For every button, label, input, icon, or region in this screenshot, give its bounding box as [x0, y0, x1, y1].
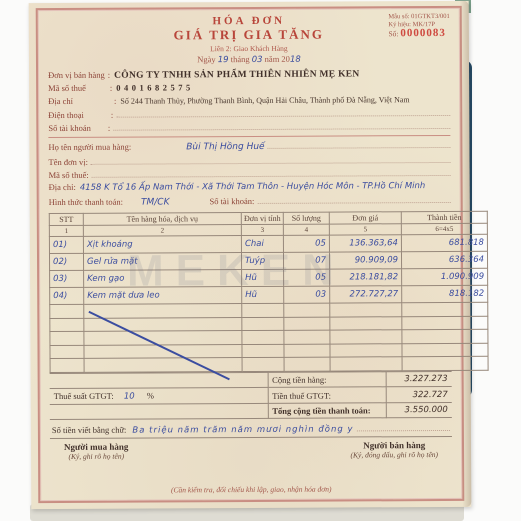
item-stt: 04) [50, 288, 84, 305]
item-price: 272.727,27 [330, 286, 402, 303]
date-line: Ngày 19 tháng 03 năm 2018 [48, 53, 450, 66]
seller-signature-title: Người bán hàng [350, 440, 438, 450]
date-day-handwritten: 19 [218, 55, 229, 65]
form-meta-block: Mẫu số: 01GTKT3/001 Ký hiệu: MK/17P Số: … [388, 13, 450, 38]
form-model-line: Mẫu số: 01GTKT3/001 [388, 13, 449, 21]
buyer-name-handwritten: Bùi Thị Hồng Huế [186, 141, 264, 154]
item-stt: 03) [50, 271, 84, 288]
invoice-content: Mẫu số: 01GTKT3/001 Ký hiệu: MK/17P Số: … [40, 10, 461, 499]
item-name: Xịt khoáng [83, 236, 241, 254]
vat-rate-label: Thuế suất GTGT: [54, 391, 114, 401]
empty-row [50, 357, 488, 373]
seller-signature-block: Người bán hàng (Ký, đóng dấu, ghi rõ họ … [350, 440, 438, 459]
items-table: STT Tên hàng hóa, dịch vụ Đơn vị tính Số… [49, 211, 489, 373]
buyer-account-label: Số tài khoản: [209, 195, 254, 208]
invoice-number-line: Số: 0000083 [388, 29, 449, 38]
item-price: 90.909,09 [329, 252, 401, 269]
col-number: 5 [329, 224, 401, 235]
footer-note: (Cần kiểm tra, đối chiếu khi lập, giao, … [50, 484, 452, 497]
col-number: 2 [83, 225, 241, 237]
col-header-stt: STT [49, 213, 83, 226]
payment-method-handwritten: TM/CK [141, 196, 170, 208]
vat-rate-cell: Thuế suất GTGT: 10 % [50, 388, 268, 405]
colon: : [114, 94, 116, 106]
decorative-border-frame: Mẫu số: 01GTKT3/001 Ký hiệu: MK/17P Số: … [36, 6, 465, 503]
col-header-amount: Thành tiền [401, 211, 487, 224]
grand-total-value: 3.550.000 [386, 402, 452, 418]
seller-account-label: Số tài khoản [48, 122, 91, 135]
item-unit: Chai [241, 236, 283, 253]
col-number: 3 [241, 225, 283, 236]
form-model-label: Mẫu số: [388, 13, 409, 20]
buyer-section: Họ tên người mua hàng: Bùi Thị Hồng Huế … [48, 135, 450, 209]
blank-line [257, 193, 450, 204]
form-model-value: 01GTKT3/001 [411, 13, 450, 20]
invoice-number-label: Số: [388, 29, 398, 38]
item-name: Gel rửa mặt [83, 253, 241, 271]
seller-tax-label: Mã số thuế [48, 82, 86, 94]
invoice-header: Mẫu số: 01GTKT3/001 Ký hiệu: MK/17P Số: … [48, 12, 450, 66]
totals-blank-cell [50, 372, 268, 389]
seller-signature-note: (Ký, đóng dấu, ghi rõ họ tên) [351, 450, 439, 459]
buyer-signature-title: Người mua hàng [64, 442, 128, 452]
seller-tax-value: 0401682575 [116, 82, 194, 95]
vat-label: Tiền thuế GTGT: [268, 387, 386, 403]
blank-line [91, 153, 451, 165]
signature-section: Người mua hàng (Ký, ghi rõ họ tên) Người… [50, 440, 452, 461]
subtotal-label: Cộng tiền hàng: [268, 372, 386, 388]
colon: : [111, 109, 113, 121]
item-qty: 07 [283, 253, 329, 270]
item-price: 218.181,82 [330, 269, 402, 286]
item-amount: 1.090.909 [402, 269, 488, 286]
seller-address-label: Địa chỉ [48, 95, 73, 107]
buyer-address-label: Địa chỉ: [49, 181, 76, 193]
seller-company-name: CÔNG TY TNHH SẢN PHẨM THIÊN NHIÊN MẸ KEN [114, 68, 360, 82]
subtotal-value: 3.227.273 [386, 371, 452, 387]
item-qty: 05 [284, 270, 330, 287]
buyer-signature-block: Người mua hàng (Ký, ghi rõ họ tên) [64, 442, 129, 461]
date-word-year: năm 20 [265, 54, 290, 64]
invoice-photo: Mẫu số: 01GTKT3/001 Ký hiệu: MK/17P Số: … [0, 0, 521, 521]
item-amount: 681.818 [401, 235, 487, 252]
seller-section: Đơn vị bán hàng : CÔNG TY TNHH SẢN PHẨM … [48, 67, 450, 135]
amount-in-words-row: Số tiền viết bằng chữ: Ba triệu năm trăm… [50, 418, 452, 439]
blank-line [356, 421, 449, 431]
buyer-payment-row: Hình thức thanh toán: TM/CK Số tài khoản… [49, 193, 451, 209]
buyer-tax-label: Mã số thuế: [49, 169, 89, 182]
blank-line [268, 138, 451, 149]
colon: : [108, 69, 110, 81]
blank-line [116, 106, 450, 118]
date-year-handwritten: 18 [290, 55, 301, 65]
colon: : [108, 122, 110, 134]
item-qty: 05 [283, 236, 329, 253]
totals-table: Cộng tiền hàng: 3.227.273 Thuế suất GTGT… [50, 371, 452, 421]
grand-total-label: Tổng cộng tiền thanh toán: [268, 403, 386, 419]
buyer-signature-note: (Ký, ghi rõ họ tên) [64, 452, 128, 461]
blank-line [92, 166, 451, 178]
col-header-unit: Đơn vị tính [241, 212, 283, 225]
buyer-name-label: Họ tên người mua hàng: [48, 141, 131, 154]
vat-value: 322.727 [386, 387, 452, 403]
invoice-number-value: 0000083 [400, 27, 446, 39]
amount-in-words-label: Số tiền viết bằng chữ: [52, 425, 127, 435]
col-number: 6=4x5 [401, 224, 487, 235]
grand-total-row: Tổng cộng tiền thanh toán: 3.550.000 [50, 402, 452, 420]
vat-rate-suffix: % [147, 391, 154, 401]
blank-line [113, 119, 450, 131]
item-qty: 03 [284, 287, 330, 304]
seller-phone-label: Điện thoại [48, 109, 84, 121]
date-word-day: Ngày [197, 54, 215, 64]
buyer-unit-label: Tên đơn vị: [48, 156, 88, 169]
totals-blank-cell [50, 403, 268, 420]
payment-method-label: Hình thức thanh toán: [49, 195, 123, 208]
item-name: Kem gạo [84, 270, 242, 288]
signature-blank-space [50, 459, 452, 486]
item-amount: 636.364 [401, 252, 487, 269]
col-header-qty: Số lượng [283, 212, 329, 225]
vat-rate-handwritten: 10 [124, 392, 135, 402]
seller-account-row: Số tài khoản : [48, 119, 450, 134]
invoice-sheet: Mẫu số: 01GTKT3/001 Ký hiệu: MK/17P Số: … [29, 1, 472, 509]
date-word-month: tháng [231, 54, 250, 64]
col-header-name: Tên hàng hóa, dịch vụ [83, 213, 241, 226]
item-stt: 01) [49, 237, 83, 254]
date-month-handwritten: 03 [252, 55, 263, 65]
item-price: 136.363,64 [329, 235, 401, 252]
item-unit: Tuýp [241, 253, 283, 270]
amount-in-words-handwritten: Ba triệu năm trăm năm mươi nghìn đồng y [132, 425, 353, 436]
colon: : [110, 82, 112, 94]
item-stt: 02) [49, 254, 83, 271]
col-number: 4 [283, 225, 329, 236]
col-header-price: Đơn giá [329, 212, 401, 225]
item-unit: Hũ [242, 270, 284, 287]
seller-unit-label: Đơn vị bán hàng [48, 69, 105, 82]
item-unit: Hũ [242, 287, 284, 304]
col-number: 1 [49, 226, 83, 237]
item-name: Kem mặt dưa leo [84, 287, 242, 305]
item-amount: 818.182 [402, 286, 488, 303]
items-table-wrap: MEKEN STT Tên hàng hóa, dịch vụ Đơn vị t… [49, 211, 452, 373]
